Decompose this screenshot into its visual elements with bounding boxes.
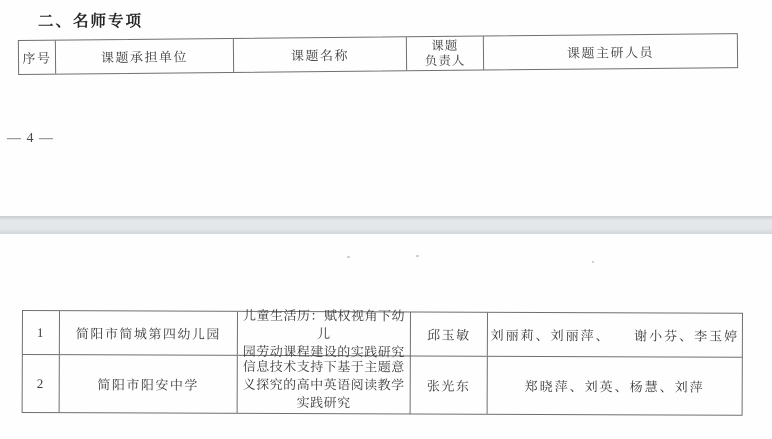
page-separator bbox=[0, 216, 772, 234]
section-heading: 二、名师专项 bbox=[38, 9, 143, 31]
cell-seq: 1 bbox=[23, 311, 60, 354]
scan-speck bbox=[416, 255, 419, 257]
table-row: 1 简阳市简城第四幼儿园 儿童生活历：赋权视角下幼儿 园劳动课程建设的实践研究 … bbox=[23, 311, 742, 358]
table-header-row: 序号 课题承担单位 课题名称 课题 负责人 课题主研人员 bbox=[18, 33, 738, 75]
header-cell-seq: 序号 bbox=[19, 41, 56, 74]
page-number: — 4 — bbox=[7, 131, 54, 147]
cell-members: 郑晓萍、刘英、杨慧、刘萍 bbox=[488, 357, 742, 415]
header-cell-members: 课题主研人员 bbox=[484, 34, 737, 69]
document-scan: 二、名师专项 序号 课题承担单位 课题名称 课题 负责人 课题主研人员 — 4 … bbox=[0, 0, 772, 439]
cell-title: 信息技术支持下基于主题意 义探究的高中英语阅读教学 实践研究 bbox=[238, 356, 411, 414]
cell-title: 儿童生活历：赋权视角下幼儿 园劳动课程建设的实践研究 bbox=[238, 312, 411, 356]
header-cell-leader: 课题 负责人 bbox=[407, 37, 484, 71]
header-cell-unit: 课题承担单位 bbox=[56, 39, 234, 74]
scan-speck bbox=[347, 256, 350, 258]
cell-leader: 张光东 bbox=[411, 356, 488, 413]
cell-unit: 简阳市简城第四幼儿园 bbox=[60, 311, 238, 355]
table-body: 1 简阳市简城第四幼儿园 儿童生活历：赋权视角下幼儿 园劳动课程建设的实践研究 … bbox=[22, 310, 743, 416]
scan-speck bbox=[592, 261, 594, 263]
cell-leader: 邱玉敏 bbox=[411, 312, 488, 355]
header-cell-title: 课题名称 bbox=[234, 37, 407, 72]
cell-members: 刘丽莉、刘丽萍、 谢小芬、李玉婷 bbox=[488, 313, 742, 357]
cell-unit: 简阳市阳安中学 bbox=[60, 355, 238, 413]
table-row: 2 简阳市阳安中学 信息技术支持下基于主题意 义探究的高中英语阅读教学 实践研究… bbox=[23, 355, 742, 415]
cell-seq: 2 bbox=[23, 355, 60, 412]
